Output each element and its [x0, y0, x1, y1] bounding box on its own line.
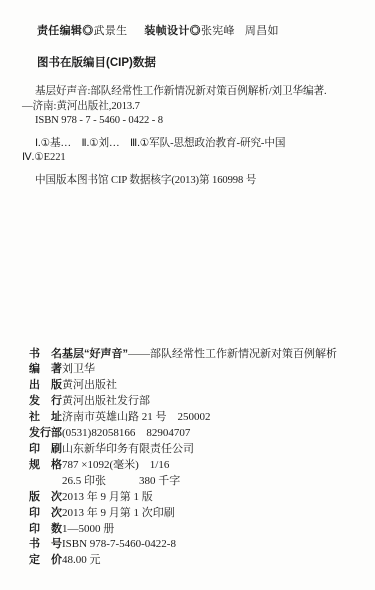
- row-label: 版 次: [29, 490, 62, 506]
- row-value: 山东新华印务有限责任公司: [62, 442, 194, 458]
- cip-record-block: 基层好声音:部队经常性工作新情况新对策百例解析/刘卫华编著. —济南:黄河出版社…: [22, 85, 375, 189]
- row-format: 规 格 787 ×1092(毫米) 1/16: [29, 458, 375, 474]
- designer-separator-icon: ◎: [190, 25, 201, 37]
- cip-classification-line-2: Ⅳ.①E221: [22, 151, 375, 166]
- row-impression: 印 次 2013 年 9 月第 1 次印刷: [29, 506, 375, 522]
- row-label: 社 址: [29, 410, 62, 426]
- row-distribution-phone: 发行部 (0531)82058166 82904707: [29, 426, 375, 442]
- row-value: 26.5 印张 380 千字: [62, 474, 180, 490]
- row-value: 2013 年 9 月第 1 次印刷: [62, 506, 175, 522]
- responsible-editor-label: 责任编辑: [37, 25, 82, 37]
- row-value: 1—5000 册: [62, 522, 114, 538]
- row-book-title: 书 名 基层“好声音”——部队经常性工作新情况新对策百例解析: [29, 347, 375, 363]
- row-value: ISBN 978-7-5460-0422-8: [62, 537, 176, 553]
- copyright-page: 责任编辑◎武景生装帧设计◎张宪峰周昌如 图书在版编目(CIP)数据 基层好声音:…: [0, 0, 375, 590]
- cip-isbn-line: ISBN 978 - 7 - 5460 - 0422 - 8: [22, 114, 375, 129]
- row-label: 印 刷: [29, 442, 62, 458]
- row-label: 规 格: [29, 458, 62, 474]
- row-value: 2013 年 9 月第 1 版: [62, 490, 153, 506]
- row-value: 刘卫华: [62, 362, 95, 378]
- row-label: 印 数: [29, 522, 62, 538]
- row-printer: 印 刷 山东新华印务有限责任公司: [29, 442, 375, 458]
- designer-name-1: 张宪峰: [201, 25, 235, 37]
- credits-line: 责任编辑◎武景生装帧设计◎张宪峰周昌如: [37, 24, 375, 38]
- row-label: 印 次: [29, 506, 62, 522]
- row-value: 787 ×1092(毫米) 1/16: [62, 458, 169, 474]
- cip-publisher-line: —济南:黄河出版社,2013.7: [22, 100, 375, 115]
- row-address: 社 址 济南市英雄山路 21 号 250002: [29, 410, 375, 426]
- row-value: 基层“好声音”——部队经常性工作新情况新对策百例解析: [62, 347, 337, 363]
- editor-separator-icon: ◎: [82, 25, 93, 37]
- book-title-bold: 基层“好声音”: [62, 348, 128, 360]
- row-label: 发行部: [29, 426, 62, 442]
- row-label: 书 号: [29, 537, 62, 553]
- row-edition: 版 次 2013 年 9 月第 1 版: [29, 490, 375, 506]
- row-value: 济南市英雄山路 21 号 250002: [62, 410, 211, 426]
- row-price: 定 价 48.00 元: [29, 553, 375, 569]
- responsible-editor-name: 武景生: [94, 25, 128, 37]
- row-isbn: 书 号 ISBN 978-7-5460-0422-8: [29, 537, 375, 553]
- cip-record-number: 中国版本图书馆 CIP 数据核字(2013)第 160998 号: [22, 174, 375, 189]
- row-label: [29, 474, 62, 490]
- colophon-table: 书 名 基层“好声音”——部队经常性工作新情况新对策百例解析 编 著 刘卫华 出…: [29, 347, 375, 570]
- row-label: 编 著: [29, 362, 62, 378]
- cip-title-statement: 基层好声音:部队经常性工作新情况新对策百例解析/刘卫华编著.: [22, 85, 375, 100]
- row-value: (0531)82058166 82904707: [62, 426, 190, 442]
- design-label: 装帧设计: [144, 25, 189, 37]
- row-label: 出 版: [29, 378, 62, 394]
- row-label: 发 行: [29, 394, 62, 410]
- cip-section-title: 图书在版编目(CIP)数据: [37, 57, 375, 70]
- designer-name-2: 周昌如: [245, 25, 279, 37]
- row-value: 黄河出版社发行部: [62, 394, 150, 410]
- row-value: 黄河出版社: [62, 378, 117, 394]
- row-print-run: 印 数 1—5000 册: [29, 522, 375, 538]
- row-distributor: 发 行 黄河出版社发行部: [29, 394, 375, 410]
- row-value: 48.00 元: [62, 553, 101, 569]
- row-label: 书 名: [29, 347, 62, 363]
- row-label: 定 价: [29, 553, 62, 569]
- row-publisher: 出 版 黄河出版社: [29, 378, 375, 394]
- row-format-line2: 26.5 印张 380 千字: [29, 474, 375, 490]
- cip-classification-line-1: Ⅰ.①基… Ⅱ.①刘… Ⅲ.①军队-思想政治教育-研究-中国: [22, 137, 375, 152]
- row-author: 编 著 刘卫华: [29, 362, 375, 378]
- book-title-subtitle: ——部队经常性工作新情况新对策百例解析: [128, 348, 337, 360]
